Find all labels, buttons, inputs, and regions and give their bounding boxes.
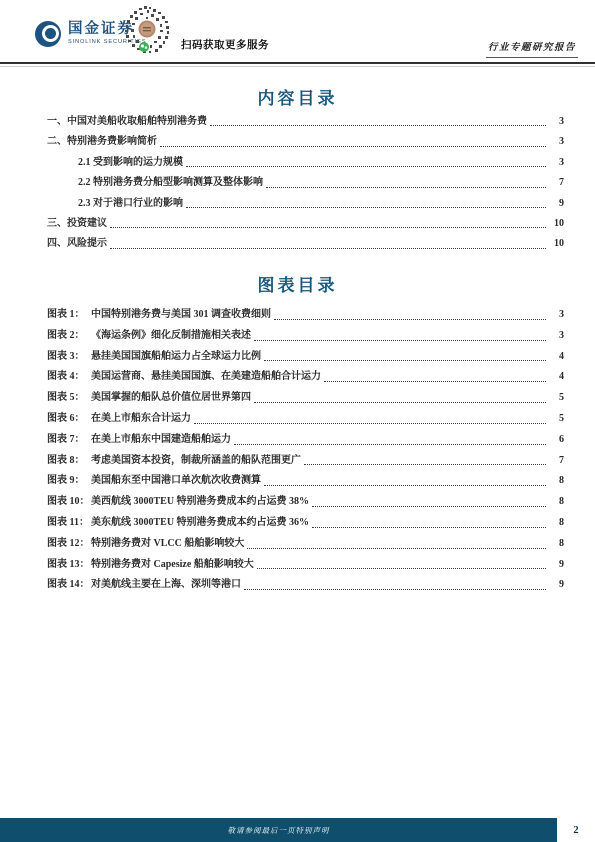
dot-leader	[247, 534, 546, 555]
toc-item-page: 3	[549, 132, 564, 152]
figure-item-title: 中国特别港务费与美国 301 调查收费细则	[91, 305, 271, 326]
toc-item-page: 10	[549, 234, 564, 254]
dot-leader	[254, 326, 546, 347]
figure-item-number: 图表 6：	[47, 409, 91, 430]
figure-item-number: 图表 5：	[47, 388, 91, 409]
toc-item-label: 四、风险提示	[47, 234, 107, 254]
figure-item[interactable]: 图表 13：特别港务费对 Capesize 船舶影响较大9	[47, 555, 564, 576]
dot-leader	[264, 347, 546, 368]
figure-item-number: 图表 8：	[47, 451, 91, 472]
figure-item-title: 《海运条例》细化反制措施相关表述	[91, 326, 251, 347]
toc-item-label: 一、中国对美船收取船舶特别港务费	[47, 112, 207, 132]
figure-item-title: 悬挂美国国旗船舶运力占全球运力比例	[91, 347, 261, 368]
figure-item-number: 图表 13：	[47, 555, 91, 576]
toc-title: 内容目录	[0, 84, 595, 109]
figure-item-page: 8	[549, 471, 564, 492]
dot-leader	[274, 305, 546, 326]
toc-list: 一、中国对美船收取船舶特别港务费3二、特别港务费影响简析32.1 受到影响的运力…	[47, 112, 564, 255]
figure-item-title: 在美上市船东合计运力	[91, 409, 191, 430]
toc-item-label: 2.3 对于港口行业的影响	[78, 194, 183, 214]
figure-item-number: 图表 7：	[47, 430, 91, 451]
figure-item-title: 美国掌握的船队总价值位居世界第四	[91, 388, 251, 409]
dot-leader	[194, 409, 546, 430]
figure-item[interactable]: 图表 12：特别港务费对 VLCC 船舶影响较大8	[47, 534, 564, 555]
toc-item-label: 2.1 受到影响的运力规模	[78, 153, 183, 173]
dot-leader	[304, 451, 546, 472]
figure-item-page: 3	[549, 305, 564, 326]
figure-item-title: 考虑美国资本投资，制裁所涵盖的船队范围更广	[91, 451, 301, 472]
figure-item-page: 7	[549, 451, 564, 472]
figure-item-page: 9	[549, 555, 564, 576]
figure-item-title: 美东航线 3000TEU 特别港务费成本约占运费 36%	[91, 513, 309, 534]
toc-item-page: 10	[549, 214, 564, 234]
figure-item-title: 美西航线 3000TEU 特别港务费成本约占运费 38%	[91, 492, 309, 513]
dot-leader	[110, 214, 546, 234]
header-rule	[0, 62, 595, 64]
figure-item-title: 对美航线主要在上海、深圳等港口	[91, 575, 241, 596]
figure-item-page: 4	[549, 367, 564, 388]
toc-item[interactable]: 2.3 对于港口行业的影响9	[47, 194, 564, 214]
wechat-icon	[139, 42, 149, 52]
toc-item[interactable]: 三、投资建议10	[47, 214, 564, 234]
figure-item-page: 5	[549, 409, 564, 430]
qr-code-icon	[122, 5, 172, 55]
figure-item[interactable]: 图表 11：美东航线 3000TEU 特别港务费成本约占运费 36%8	[47, 513, 564, 534]
figure-item-page: 6	[549, 430, 564, 451]
dot-leader	[264, 471, 546, 492]
figure-item-page: 3	[549, 326, 564, 347]
figure-item-title: 美国船东至中国港口单次航次收费测算	[91, 471, 261, 492]
page-header: 国金证券 SINOLINK SECURITIES	[0, 0, 595, 68]
toc-item-page: 9	[549, 194, 564, 214]
figure-item[interactable]: 图表 2：《海运条例》细化反制措施相关表述3	[47, 326, 564, 347]
figure-item-number: 图表 10：	[47, 492, 91, 513]
figure-item[interactable]: 图表 9：美国船东至中国港口单次航次收费测算8	[47, 471, 564, 492]
figure-item-number: 图表 9：	[47, 471, 91, 492]
dot-leader	[210, 112, 546, 132]
dot-leader	[312, 492, 546, 513]
figure-item-page: 5	[549, 388, 564, 409]
dot-leader	[244, 575, 546, 596]
toc-item[interactable]: 二、特别港务费影响简析3	[47, 132, 564, 152]
report-page: 国金证券 SINOLINK SECURITIES	[0, 0, 595, 842]
dot-leader	[257, 555, 546, 576]
figure-item[interactable]: 图表 6：在美上市船东合计运力5	[47, 409, 564, 430]
figure-item[interactable]: 图表 4：美国运营商、悬挂美国国旗、在美建造船舶合计运力4	[47, 367, 564, 388]
dot-leader	[110, 234, 546, 254]
figure-item-number: 图表 3：	[47, 347, 91, 368]
figure-item-page: 9	[549, 575, 564, 596]
figure-item-number: 图表 1：	[47, 305, 91, 326]
figure-item-number: 图表 11：	[47, 513, 91, 534]
toc-item-page: 7	[549, 173, 564, 193]
figure-item-title: 美国运营商、悬挂美国国旗、在美建造船舶合计运力	[91, 367, 321, 388]
page-footer: 敬请参阅最后一页特别声明 2	[0, 818, 595, 842]
figure-item[interactable]: 图表 5：美国掌握的船队总价值位居世界第四5	[47, 388, 564, 409]
report-type-label: 行业专题研究报告	[486, 39, 578, 58]
figure-item-page: 4	[549, 347, 564, 368]
toc-item[interactable]: 2.1 受到影响的运力规模3	[47, 153, 564, 173]
sinolink-logo-icon	[35, 21, 61, 47]
figure-item[interactable]: 图表 8：考虑美国资本投资，制裁所涵盖的船队范围更广7	[47, 451, 564, 472]
figure-item[interactable]: 图表 14：对美航线主要在上海、深圳等港口9	[47, 575, 564, 596]
dot-leader	[160, 132, 546, 152]
figure-item-number: 图表 4：	[47, 367, 91, 388]
toc-item[interactable]: 四、风险提示10	[47, 234, 564, 254]
header-rule-shadow	[0, 66, 595, 67]
qr-caption: 扫码获取更多服务	[181, 37, 269, 52]
dot-leader	[234, 430, 546, 451]
figure-item-title: 在美上市船东中国建造船舶运力	[91, 430, 231, 451]
toc-item[interactable]: 2.2 特别港务费分船型影响测算及整体影响7	[47, 173, 564, 193]
toc-item[interactable]: 一、中国对美船收取船舶特别港务费3	[47, 112, 564, 132]
figure-item[interactable]: 图表 3：悬挂美国国旗船舶运力占全球运力比例4	[47, 347, 564, 368]
toc-item-label: 三、投资建议	[47, 214, 107, 234]
footer-disclaimer: 敬请参阅最后一页特别声明	[228, 825, 330, 836]
toc-item-label: 2.2 特别港务费分船型影响测算及整体影响	[78, 173, 263, 193]
figure-item-page: 8	[549, 492, 564, 513]
figures-list: 图表 1：中国特别港务费与美国 301 调查收费细则3图表 2：《海运条例》细化…	[47, 305, 564, 596]
figure-item-number: 图表 12：	[47, 534, 91, 555]
figure-item-number: 图表 14：	[47, 575, 91, 596]
dot-leader	[324, 367, 546, 388]
page-number: 2	[557, 818, 595, 842]
figure-item[interactable]: 图表 10：美西航线 3000TEU 特别港务费成本约占运费 38%8	[47, 492, 564, 513]
figure-item-title: 特别港务费对 Capesize 船舶影响较大	[91, 555, 254, 576]
dot-leader	[312, 513, 546, 534]
dot-leader	[254, 388, 546, 409]
figure-item[interactable]: 图表 7：在美上市船东中国建造船舶运力6	[47, 430, 564, 451]
figure-item[interactable]: 图表 1：中国特别港务费与美国 301 调查收费细则3	[47, 305, 564, 326]
dot-leader	[266, 173, 546, 193]
toc-item-label: 二、特别港务费影响简析	[47, 132, 157, 152]
figure-item-number: 图表 2：	[47, 326, 91, 347]
figure-item-page: 8	[549, 513, 564, 534]
figures-title: 图表目录	[0, 271, 595, 296]
toc-item-page: 3	[549, 153, 564, 173]
figure-item-page: 8	[549, 534, 564, 555]
toc-item-page: 3	[549, 112, 564, 132]
dot-leader	[186, 153, 546, 173]
figure-item-title: 特别港务费对 VLCC 船舶影响较大	[91, 534, 244, 555]
footer-disclaimer-bar: 敬请参阅最后一页特别声明	[0, 818, 557, 842]
dot-leader	[186, 194, 546, 214]
